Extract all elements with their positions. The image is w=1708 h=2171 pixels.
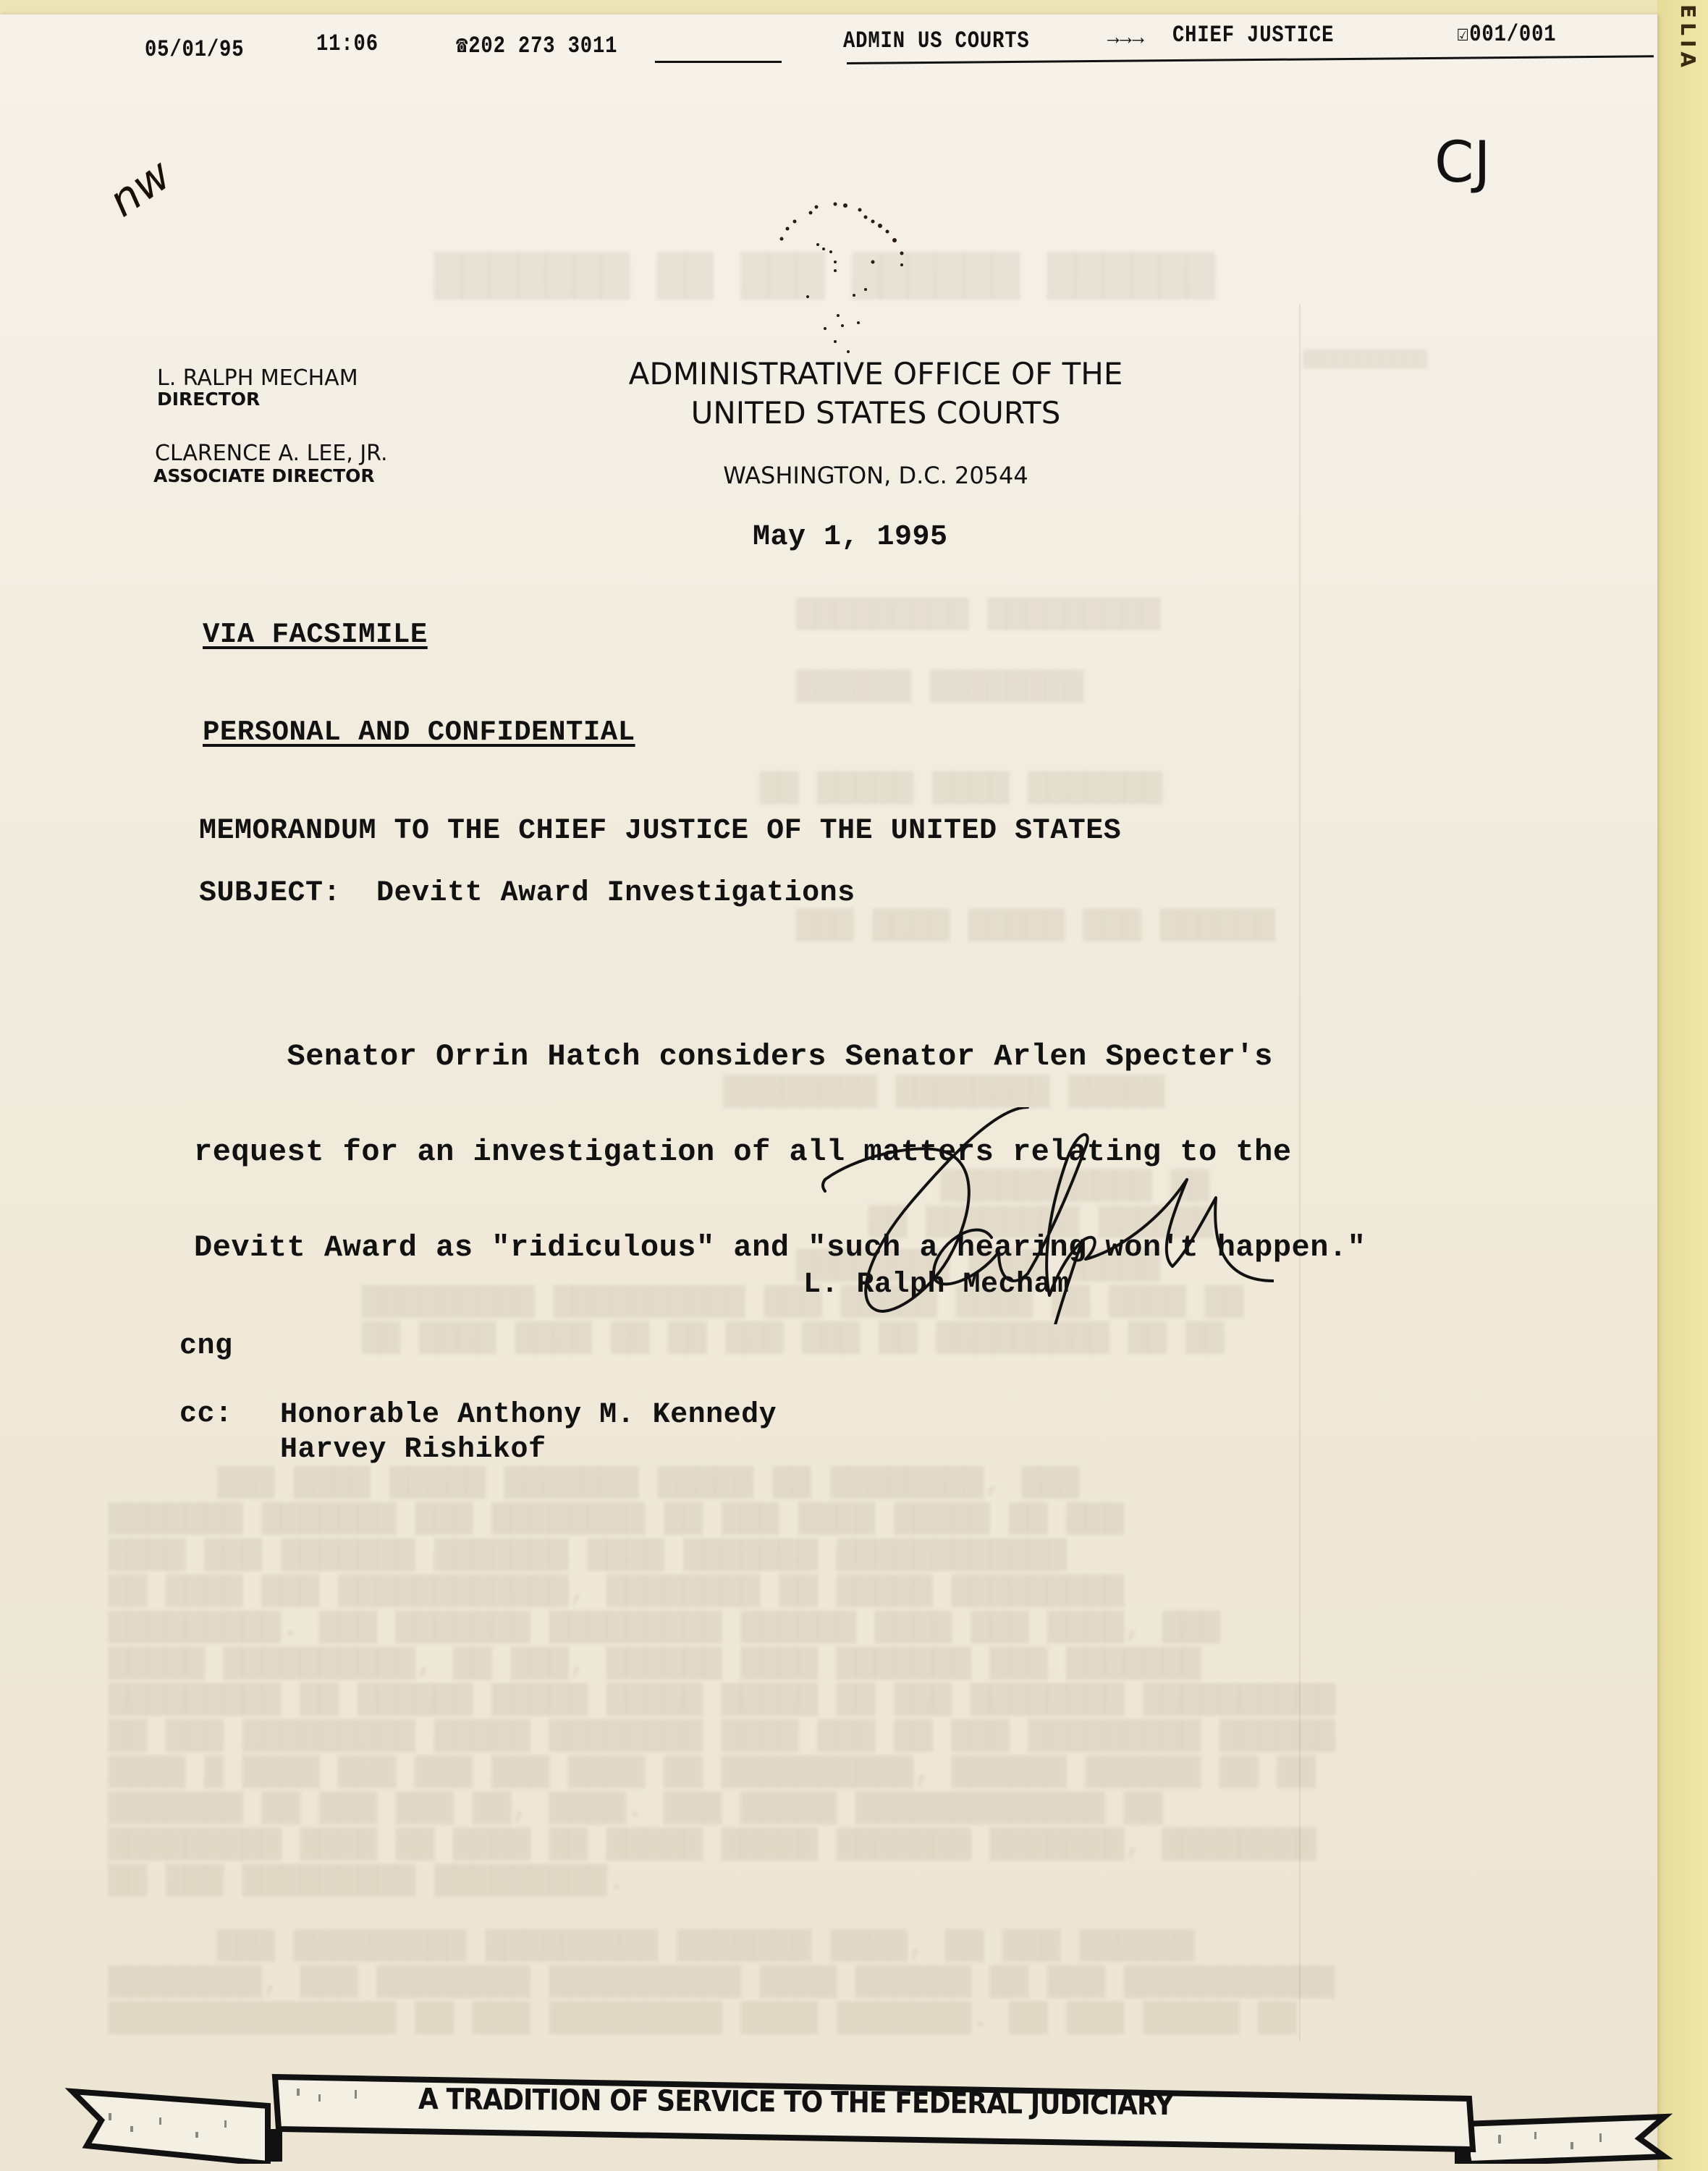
cc-recipient: Harvey Rishikof — [280, 1433, 777, 1468]
confidentiality-notice: PERSONAL AND CONFIDENTIAL — [203, 716, 635, 748]
fax-phone: ☎202 273 3011 — [456, 30, 617, 59]
fax-time: 11:06 — [316, 30, 379, 57]
folder-tab-letters: ELIA — [1682, 4, 1701, 72]
delivery-method: VIA FACSIMILE — [203, 619, 428, 651]
memo-body-line: Senator Orrin Hatch considers Senator Ar… — [194, 1041, 1366, 1072]
banner-motto: A TRADITION OF SERVICE TO THE FEDERAL JU… — [418, 2083, 1173, 2122]
office-name-line2: UNITED STATES COURTS — [550, 394, 1201, 433]
cc-recipient: Honorable Anthony M. Kennedy — [280, 1398, 777, 1433]
folder-edge: ELIA — [1657, 0, 1708, 2171]
associate-director-title: ASSOCIATE DIRECTOR — [153, 465, 375, 487]
associate-director-name: CLARENCE A. LEE, JR. — [155, 443, 387, 465]
typist-initials: cng — [179, 1330, 233, 1363]
checkbox-icon: ☑ — [1457, 21, 1469, 48]
fax-sender: ADMIN US COURTS — [843, 27, 1030, 54]
seal-icon — [767, 181, 999, 355]
telephone-icon: ☎ — [456, 33, 468, 59]
office-name-line1: ADMINISTRATIVE OFFICE OF THE — [550, 355, 1201, 394]
fax-page: ▇▇▇▇▇▇▇ ▇▇ ▇▇▇ ▇▇▇▇▇▇ ▇▇▇▇▇▇ ▇▇▇▇▇▇▇▇▇▇▇… — [0, 14, 1657, 2171]
fax-page-number: 001/001 — [1469, 21, 1556, 48]
handwritten-cj-note: CJ — [1434, 130, 1490, 195]
fax-page-count: ☑001/001 — [1457, 19, 1556, 48]
handwritten-initials: nw — [100, 149, 181, 227]
subject-text: Devitt Award Investigations — [376, 877, 855, 910]
fax-recipient: CHIEF JUSTICE — [1172, 22, 1334, 48]
memo-date: May 1, 1995 — [753, 521, 948, 554]
subject-label: SUBJECT: — [199, 877, 341, 910]
office-address: WASHINGTON, D.C. 20544 — [550, 462, 1201, 489]
fax-phone-number: 202 273 3011 — [468, 33, 617, 59]
director-name: L. RALPH MECHAM — [157, 368, 358, 389]
memo-heading: MEMORANDUM TO THE CHIEF JUSTICE OF THE U… — [199, 815, 1121, 847]
signer-name: L. Ralph Mecham — [803, 1269, 1070, 1301]
fax-arrow: →→→ — [1107, 25, 1145, 51]
cc-list: Honorable Anthony M. Kennedy Harvey Rish… — [280, 1398, 777, 1468]
fax-date: 05/01/95 — [145, 36, 244, 63]
director-title: DIRECTOR — [157, 388, 260, 410]
office-name: ADMINISTRATIVE OFFICE OF THE UNITED STAT… — [550, 355, 1201, 433]
memo-subject: SUBJECT: Devitt Award Investigations — [199, 877, 855, 910]
cc-label: cc: — [179, 1398, 233, 1431]
